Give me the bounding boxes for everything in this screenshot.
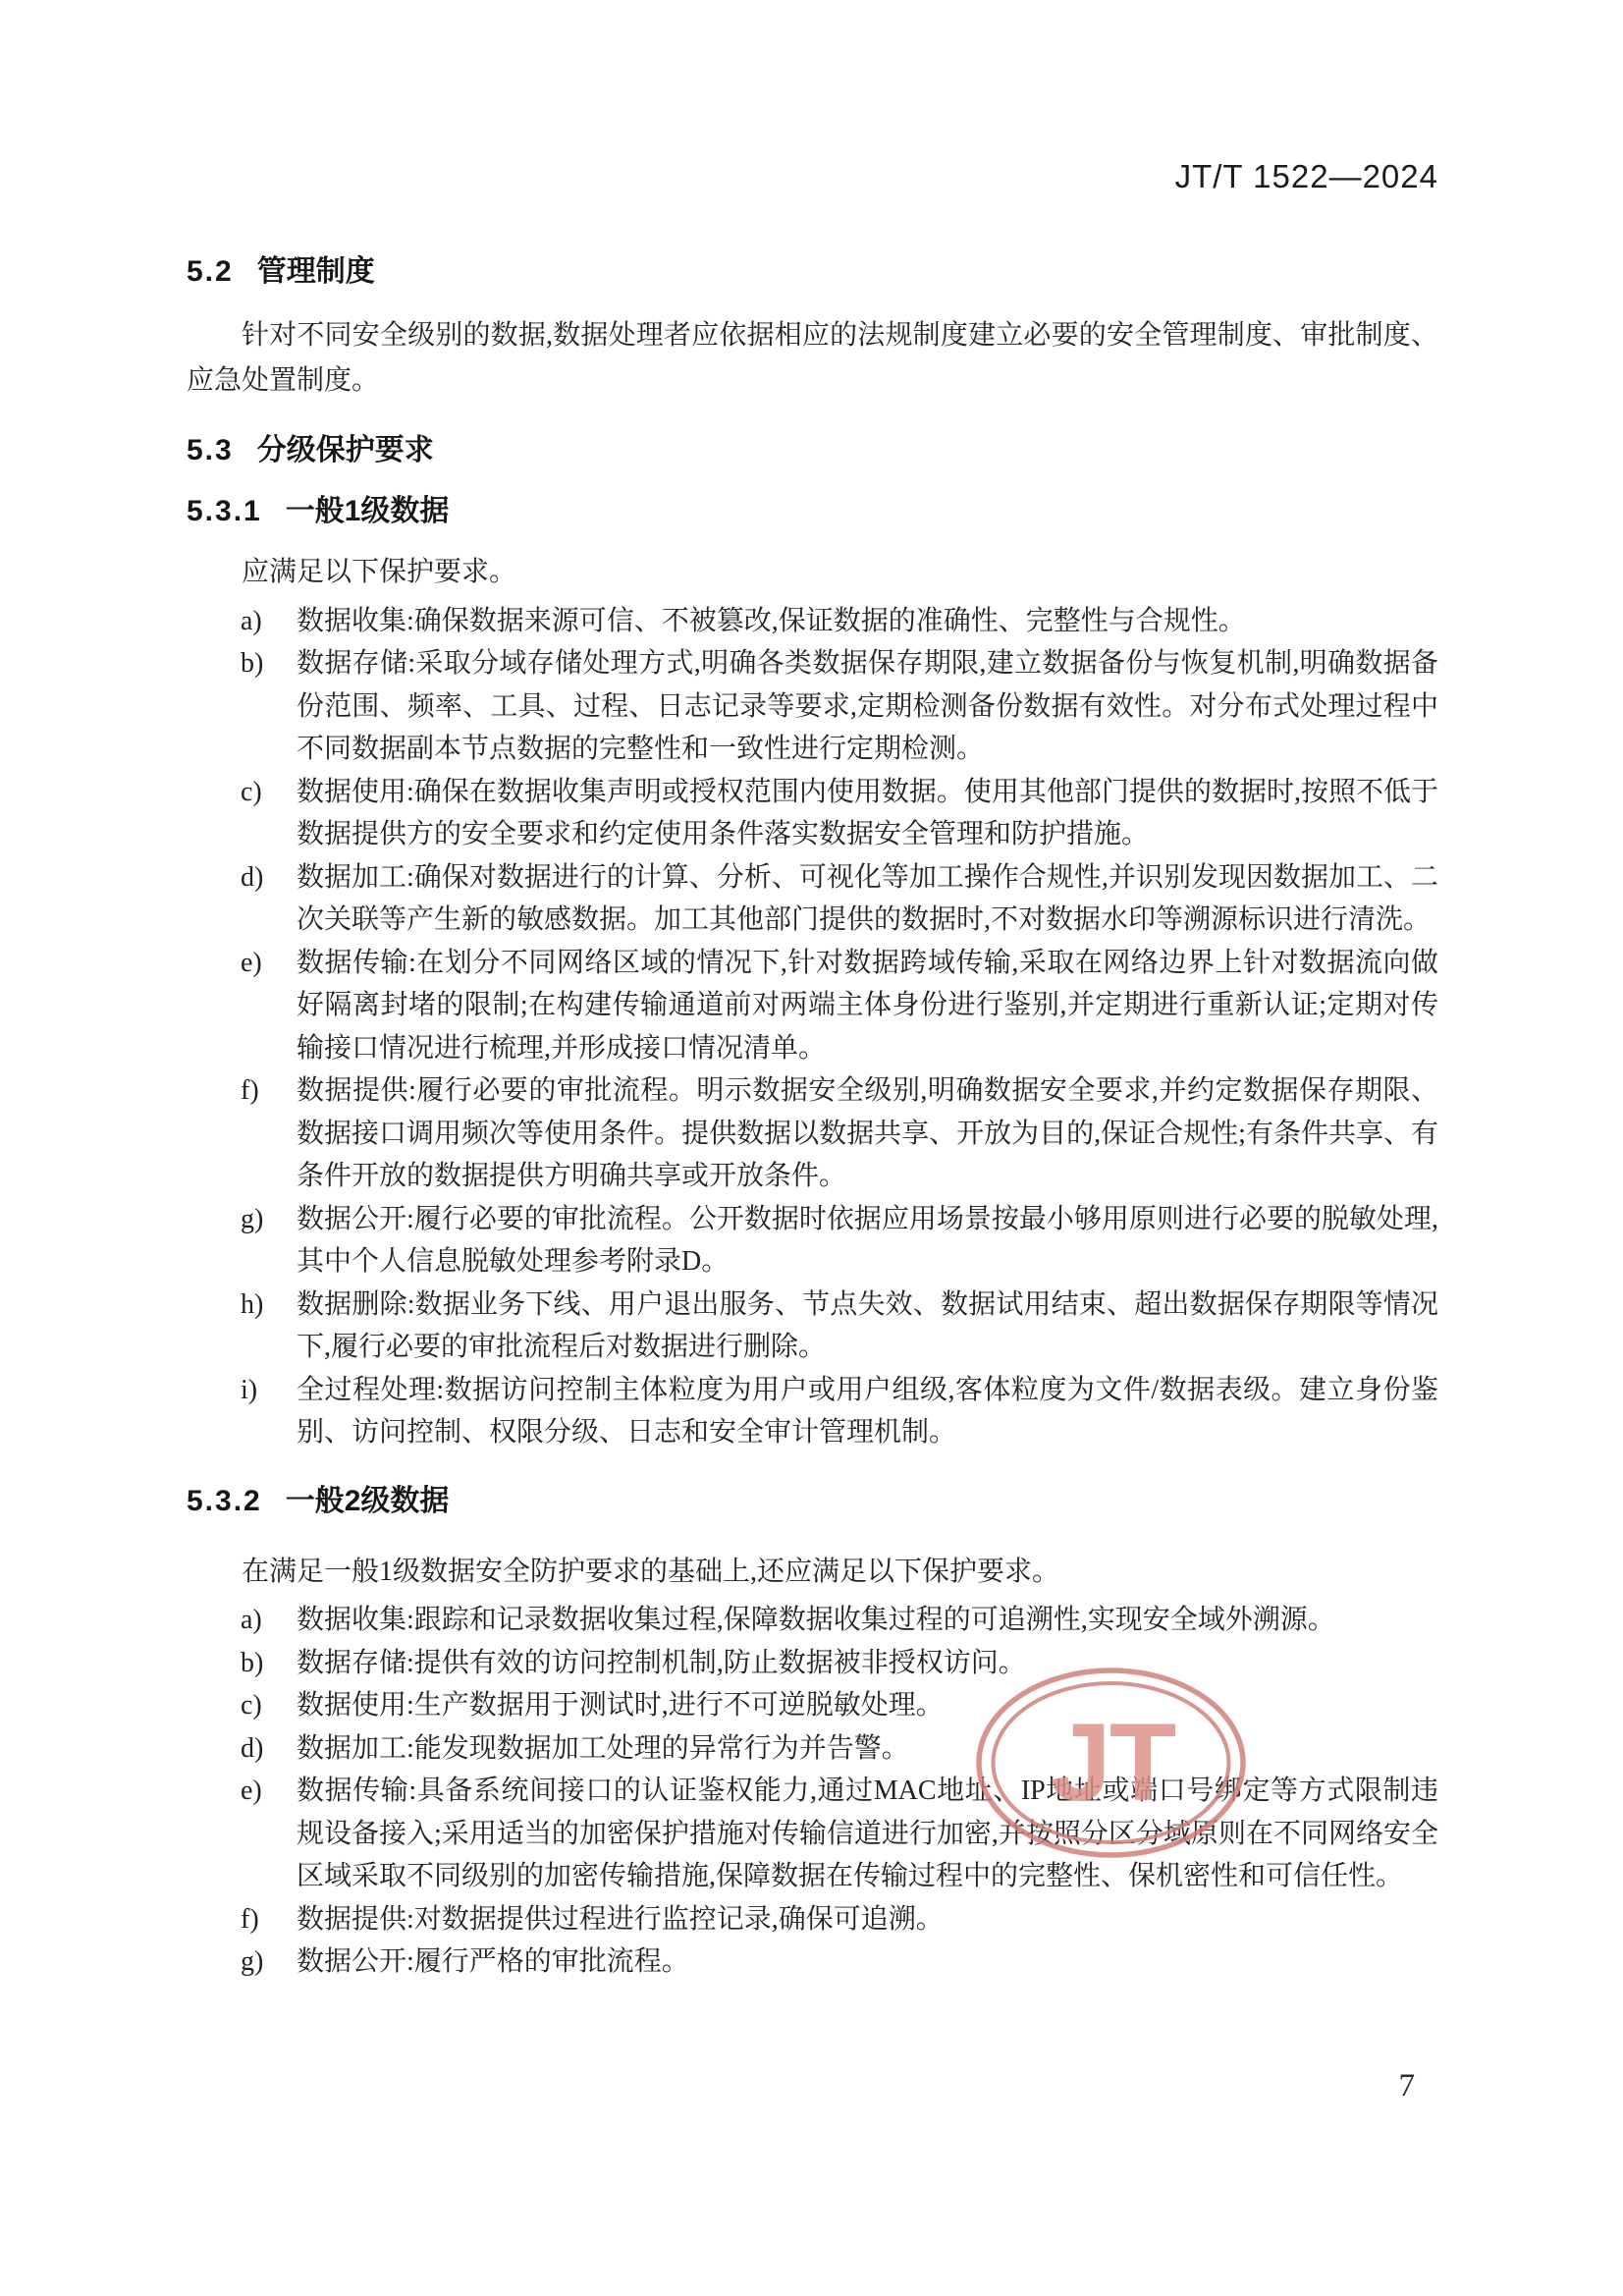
section-heading-5-3: 5.3分级保护要求	[187, 433, 1438, 468]
requirement-item: c) 数据使用:生产数据用于测试时,进行不可逆脱敏处理。	[187, 1684, 1438, 1727]
item-text: 数据删除:数据业务下线、用户退出服务、节点失效、数据试用结束、超出数据保存期限等…	[297, 1284, 1438, 1369]
section-5-3-2-intro: 在满足一般1级数据安全防护要求的基础上,还应满足以下保护要求。	[187, 1551, 1438, 1594]
item-label: g)	[241, 1198, 263, 1241]
section-heading-5-3-2: 5.3.2一般2级数据	[187, 1484, 1438, 1519]
section-5-2-paragraph: 针对不同安全级别的数据,数据处理者应依据相应的法规制度建立必要的安全管理制度、审…	[187, 313, 1438, 404]
section-number: 5.3.1	[187, 495, 262, 527]
requirement-item: i) 全过程处理:数据访问控制主体粒度为用户或用户组级,客体粒度为文件/数据表级…	[187, 1369, 1438, 1454]
item-text: 全过程处理:数据访问控制主体粒度为用户或用户组级,客体粒度为文件/数据表级。建立…	[297, 1369, 1438, 1454]
item-text: 数据传输:在划分不同网络区域的情况下,针对数据跨域传输,采取在网络边界上针对数据…	[297, 942, 1438, 1070]
item-text: 数据使用:确保在数据收集声明或授权范围内使用数据。使用其他部门提供的数据时,按照…	[297, 771, 1438, 856]
requirement-item: g) 数据公开:履行必要的审批流程。公开数据时依据应用场景按最小够用原则进行必要…	[187, 1198, 1438, 1284]
section-heading-5-3-1: 5.3.1一般1级数据	[187, 494, 1438, 529]
item-label: a)	[241, 1599, 262, 1642]
item-label: i)	[241, 1369, 257, 1412]
item-text: 数据公开:履行必要的审批流程。公开数据时依据应用场景按最小够用原则进行必要的脱敏…	[297, 1198, 1438, 1284]
item-label: c)	[241, 771, 262, 814]
item-label: d)	[241, 1727, 263, 1771]
section-title: 管理制度	[257, 255, 375, 288]
item-label: e)	[241, 1770, 262, 1813]
item-label: f)	[241, 1069, 259, 1113]
section-title: 一般1级数据	[286, 495, 450, 527]
item-text: 数据传输:具备系统间接口的认证鉴权能力,通过MAC地址、IP地址或端口号绑定等方…	[297, 1770, 1438, 1898]
item-label: b)	[241, 642, 263, 685]
requirement-item: a) 数据收集:跟踪和记录数据收集过程,保障数据收集过程的可追溯性,实现安全域外…	[187, 1599, 1438, 1642]
requirement-item: a) 数据收集:确保数据来源可信、不被篡改,保证数据的准确性、完整性与合规性。	[187, 600, 1438, 643]
section-title: 分级保护要求	[257, 434, 434, 466]
requirement-list-5-3-2: a) 数据收集:跟踪和记录数据收集过程,保障数据收集过程的可追溯性,实现安全域外…	[187, 1599, 1438, 1984]
section-number: 5.3	[187, 434, 234, 466]
item-text: 数据存储:采取分域存储处理方式,明确各类数据保存期限,建立数据备份与恢复机制,明…	[297, 642, 1438, 771]
requirement-item: h) 数据删除:数据业务下线、用户退出服务、节点失效、数据试用结束、超出数据保存…	[187, 1284, 1438, 1369]
page-body: 5.2管理制度 针对不同安全级别的数据,数据处理者应依据相应的法规制度建立必要的…	[187, 254, 1438, 1984]
item-text: 数据提供:履行必要的审批流程。明示数据安全级别,明确数据安全要求,并约定数据保存…	[297, 1069, 1438, 1198]
item-label: f)	[241, 1898, 259, 1941]
item-text: 数据收集:确保数据来源可信、不被篡改,保证数据的准确性、完整性与合规性。	[297, 600, 1438, 643]
item-text: 数据存储:提供有效的访问控制机制,防止数据被非授权访问。	[297, 1642, 1438, 1685]
page-number: 7	[1399, 2068, 1416, 2104]
item-text: 数据公开:履行严格的审批流程。	[297, 1941, 1438, 1984]
section-number: 5.3.2	[187, 1485, 262, 1517]
document-number: JT/T 1522—2024	[187, 164, 1438, 190]
item-label: h)	[241, 1284, 263, 1327]
requirement-item: d) 数据加工:能发现数据加工处理的异常行为并告警。	[187, 1727, 1438, 1771]
item-label: d)	[241, 856, 263, 900]
requirement-item: g) 数据公开:履行严格的审批流程。	[187, 1941, 1438, 1984]
section-title: 一般2级数据	[286, 1485, 450, 1517]
section-heading-5-2: 5.2管理制度	[187, 254, 1438, 290]
section-5-3-1-intro: 应满足以下保护要求。	[187, 551, 1438, 594]
item-label: g)	[241, 1941, 263, 1984]
requirement-item: c) 数据使用:确保在数据收集声明或授权范围内使用数据。使用其他部门提供的数据时…	[187, 771, 1438, 856]
item-label: c)	[241, 1684, 262, 1727]
requirement-item: e) 数据传输:在划分不同网络区域的情况下,针对数据跨域传输,采取在网络边界上针…	[187, 942, 1438, 1070]
item-label: b)	[241, 1642, 263, 1685]
section-number: 5.2	[187, 255, 234, 288]
requirement-item: b) 数据存储:提供有效的访问控制机制,防止数据被非授权访问。	[187, 1642, 1438, 1685]
document-page: JT JT/T 1522—2024 5.2管理制度 针对不同安全级别的数据,数据…	[0, 0, 1623, 2296]
requirement-list-5-3-1: a) 数据收集:确保数据来源可信、不被篡改,保证数据的准确性、完整性与合规性。 …	[187, 600, 1438, 1454]
item-label: e)	[241, 942, 262, 985]
item-text: 数据加工:确保对数据进行的计算、分析、可视化等加工操作合规性,并识别发现因数据加…	[297, 856, 1438, 942]
item-text: 数据提供:对数据提供过程进行监控记录,确保可追溯。	[297, 1898, 1438, 1941]
requirement-item: b) 数据存储:采取分域存储处理方式,明确各类数据保存期限,建立数据备份与恢复机…	[187, 642, 1438, 771]
requirement-item: d) 数据加工:确保对数据进行的计算、分析、可视化等加工操作合规性,并识别发现因…	[187, 856, 1438, 942]
item-label: a)	[241, 600, 262, 643]
item-text: 数据加工:能发现数据加工处理的异常行为并告警。	[297, 1727, 1438, 1771]
item-text: 数据使用:生产数据用于测试时,进行不可逆脱敏处理。	[297, 1684, 1438, 1727]
page-header: JT/T 1522—2024	[187, 164, 1438, 190]
item-text: 数据收集:跟踪和记录数据收集过程,保障数据收集过程的可追溯性,实现安全域外溯源。	[297, 1599, 1438, 1642]
requirement-item: f) 数据提供:对数据提供过程进行监控记录,确保可追溯。	[187, 1898, 1438, 1941]
requirement-item: e) 数据传输:具备系统间接口的认证鉴权能力,通过MAC地址、IP地址或端口号绑…	[187, 1770, 1438, 1898]
requirement-item: f) 数据提供:履行必要的审批流程。明示数据安全级别,明确数据安全要求,并约定数…	[187, 1069, 1438, 1198]
